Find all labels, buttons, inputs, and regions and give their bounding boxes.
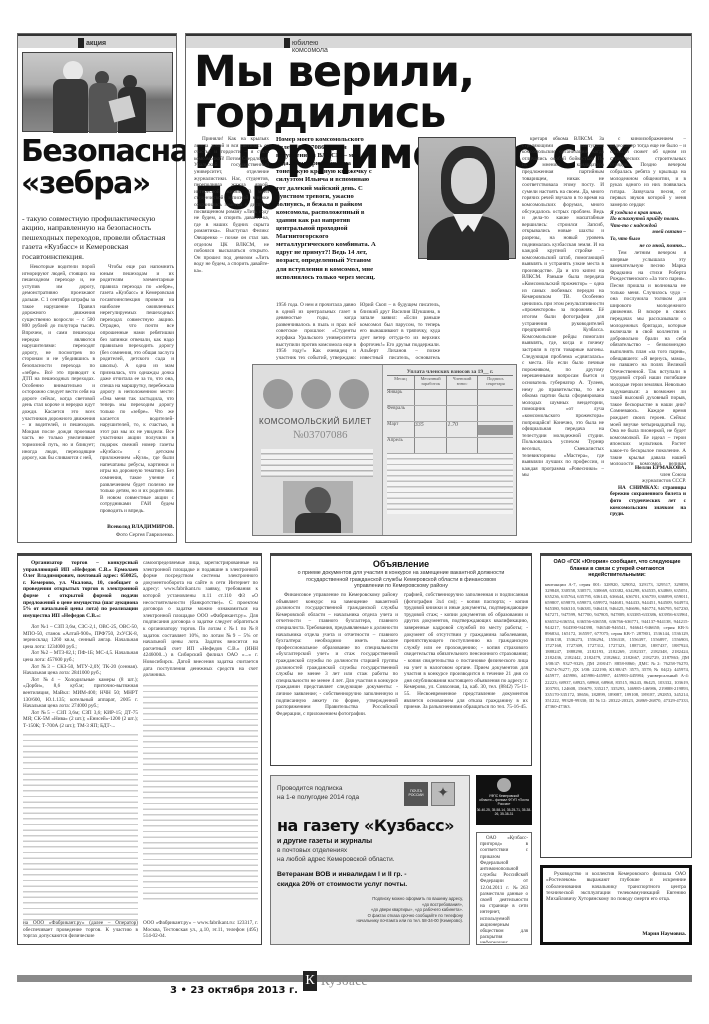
person-body <box>53 79 88 133</box>
subscription-line4: на любой адрес Кемеровской области. <box>277 856 395 863</box>
announcement-subtitle: о приеме документов для участия в конкур… <box>291 570 511 590</box>
ticket-photo <box>283 481 353 533</box>
dues-table: Уплата членских взносов за 19__ г. Месяц… <box>387 369 513 529</box>
zebra-author: Всеволод ВЛАДИМИРОВ. <box>100 524 174 530</box>
main-col3-body: Юрий Скоп – в будущем писатель, близкий … <box>360 302 440 360</box>
bullet-icon: • <box>180 985 190 996</box>
portrait-photo <box>418 137 516 259</box>
poem: Я уходила в края иные, По вспахнутой при… <box>610 210 686 250</box>
kuzbass-logo-letter: К <box>303 971 317 991</box>
zebra-col2: Чтобы еще раз напомнить юным пешеходам и… <box>100 264 174 522</box>
tender-right-col: самоопределяемые лица, зарегистрированны… <box>143 560 258 920</box>
kuzbass-logo: К Кузбасс <box>303 971 368 991</box>
lenin-medal-icon <box>263 379 293 409</box>
stamp <box>478 425 513 435</box>
order-medal-icon <box>339 379 369 409</box>
dues-row: Январь <box>387 390 513 406</box>
dues-row: Апрель <box>387 438 513 454</box>
zebra-col1: Некоторые водители порой игнорируют люде… <box>22 264 95 539</box>
ticket-fields <box>261 449 373 477</box>
main-lead-bold: Номер моего комсомольского билета 037070… <box>276 136 376 296</box>
main-col2-body: 1956 года. О нем я прочитала давно в одн… <box>276 302 356 360</box>
rubric-komsomol: юбилею комсомола <box>186 34 691 48</box>
black-ad-logo-icon <box>497 778 511 792</box>
zebra-article: акция Безопасная «зебра» - такую совмест… <box>17 33 177 543</box>
condolence-notice: Руководство и коллектив Кемеровского фил… <box>540 865 692 945</box>
order-medal-icon <box>301 379 331 409</box>
face <box>451 158 487 204</box>
main-col5: с киноизображением – видеокамер тогда ещ… <box>610 136 686 536</box>
yugoria-title: ОАО «ГСК «Югория» сообщает, что следующи… <box>545 559 689 579</box>
subscription-ad: Проводится подписка на 1-е полугодие 201… <box>270 775 470 945</box>
subscription-headline: на газету «Кузбасс» <box>277 816 454 835</box>
tender-notice: Организатор торгов – конкурсный управляю… <box>17 553 262 945</box>
yugoria-notice: ОАО «ГСК «Югория» сообщает, что следующи… <box>540 553 692 858</box>
subscription-line3: в почтовых отделениях <box>277 847 347 854</box>
zebra-photo <box>22 52 173 132</box>
vacancy-announcement: Объявление о приеме документов для участ… <box>270 553 532 766</box>
person-head <box>63 61 83 81</box>
komsomol-article: юбилею комсомола Мы верили, гордились и … <box>185 33 692 543</box>
main-col1: Приняли! Как на крыльях летела домой и в… <box>194 136 269 306</box>
zebra-photo-credit: Фото Сергея Гавриленко. <box>100 532 174 538</box>
black-ad: УФПС Кемеровской области – филиал ФГУП «… <box>476 775 532 825</box>
subscription-subhead: и другие газеты и журналы <box>277 838 372 845</box>
tender-footer-left: на ООО «Фабрикант.ру» (далее – Оператор)… <box>23 920 138 944</box>
subscription-line1: Проводится подписка <box>277 785 342 792</box>
dues-header-row: Месяц Месячный заработок Членский взнос … <box>387 376 513 390</box>
tender-footer-right: ООО «Фабрикант.ру» – www.fabrikant.ru: 1… <box>143 920 258 944</box>
dues-more-rows <box>387 454 513 514</box>
footer-page-date: 3 • 23 октября 2013 г. <box>170 985 298 996</box>
main-col4: кретаря обкома ВЛКСМ. За стреляющими выс… <box>522 136 604 541</box>
ticket-left-page: КОМСОМОЛЬСКИЙ БИЛЕТ №03707086 <box>253 365 383 535</box>
rubric-marker-icon <box>78 38 84 48</box>
subscription-line2: на 1-е полугодие 2014 года <box>277 794 359 801</box>
coat-of-arms-icon: ✦ <box>431 782 455 806</box>
yugoria-body: квитанции А-7, серия 001: 328920, 329052… <box>545 582 689 857</box>
dues-row: Февраль <box>387 406 513 422</box>
tender-lots: Лот №1 – СЗП 3,6м, СЗС-2,1, ОВС-25, ОВС-… <box>23 624 138 934</box>
discount-line1: Ветеранам ВОВ и инвалидам I и II гр. - <box>277 871 407 878</box>
komsomol-ticket-photo: КОМСОМОЛЬСКИЙ БИЛЕТ №03707086 Уплата чле… <box>252 364 517 536</box>
kuzbass-logo-text: Кузбасс <box>321 971 368 991</box>
russian-post-logo: ПОЧТА РОССИИ <box>404 782 428 806</box>
announcement-title: Объявление <box>271 559 531 569</box>
discount-line2: скидка 20% от стоимости услуг почты. <box>277 881 407 888</box>
zebra-headline: Безопасная «зебра» <box>21 137 206 199</box>
rubric-akciya: акция <box>18 34 176 48</box>
announcement-col2: графией, собственноручно заполненная и п… <box>404 592 528 764</box>
kuzbass-prigorod-notice: ОАО «Кузбасс-пригород» в соответствии с … <box>476 832 532 945</box>
subscription-small-print: Подписку можно оформить по вашему адресу… <box>283 896 463 924</box>
tender-intro: Организатор торгов – конкурсный управляю… <box>23 560 138 624</box>
announcement-col1: Финансовое управление по Кемеровскому ра… <box>276 592 398 764</box>
dues-row: Март3351.70 <box>387 422 513 438</box>
zebra-lead: - такую совместную профилактическую акци… <box>22 214 174 261</box>
